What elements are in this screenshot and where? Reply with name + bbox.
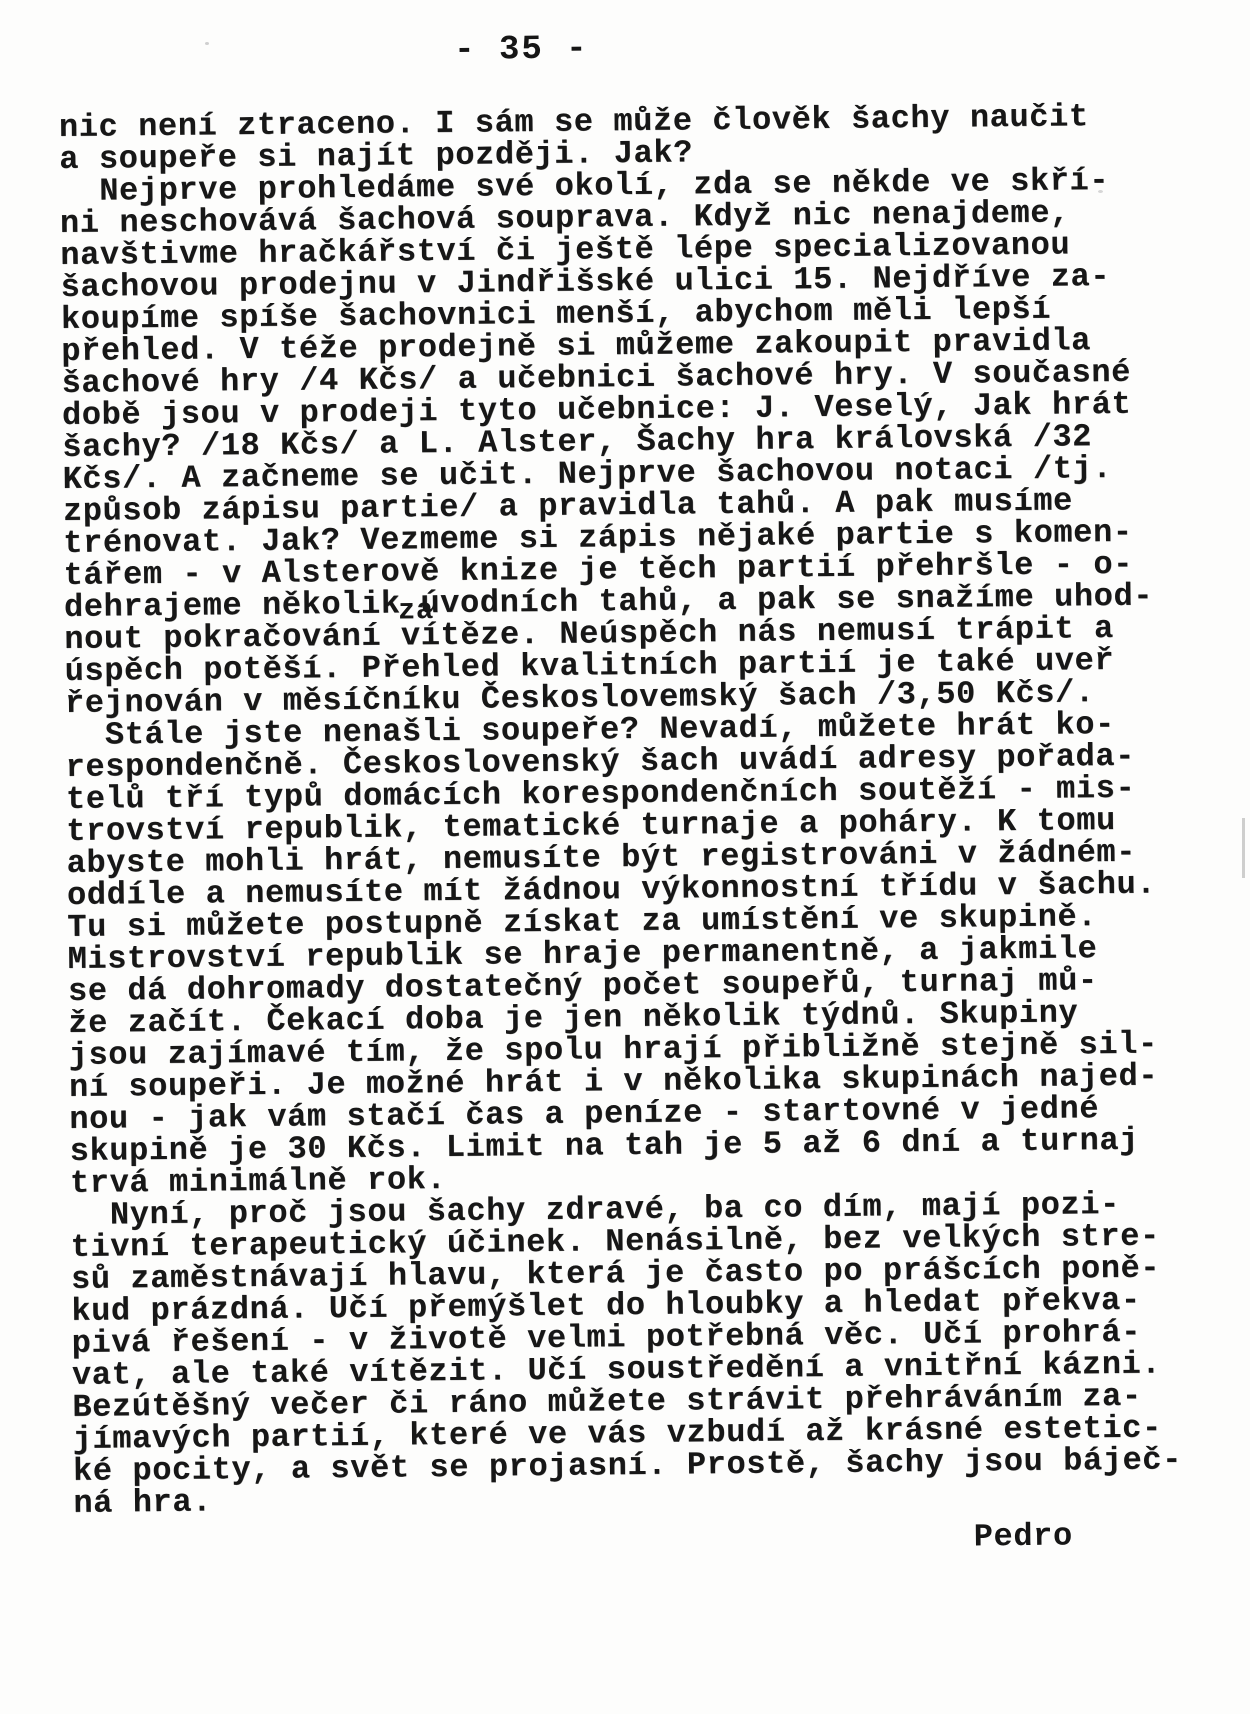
- scan-artifact-speck: [1098, 190, 1103, 193]
- page-number: - 35 -: [454, 24, 1198, 66]
- body-text: nic není ztraceno. I sám se může člověk …: [59, 100, 1214, 1520]
- scan-artifact-speck: [205, 42, 209, 45]
- author-signature: Pedro: [974, 1516, 1214, 1556]
- scan-artifact-line: [1242, 818, 1245, 878]
- document-page: - 35 - nic není ztraceno. I sám se může …: [0, 0, 1250, 1714]
- typed-insertion-za: za: [398, 594, 434, 627]
- typed-content: - 35 - nic není ztraceno. I sám se může …: [58, 24, 1214, 1565]
- body-text-block: nic není ztraceno. I sám se může člověk …: [59, 100, 1214, 1520]
